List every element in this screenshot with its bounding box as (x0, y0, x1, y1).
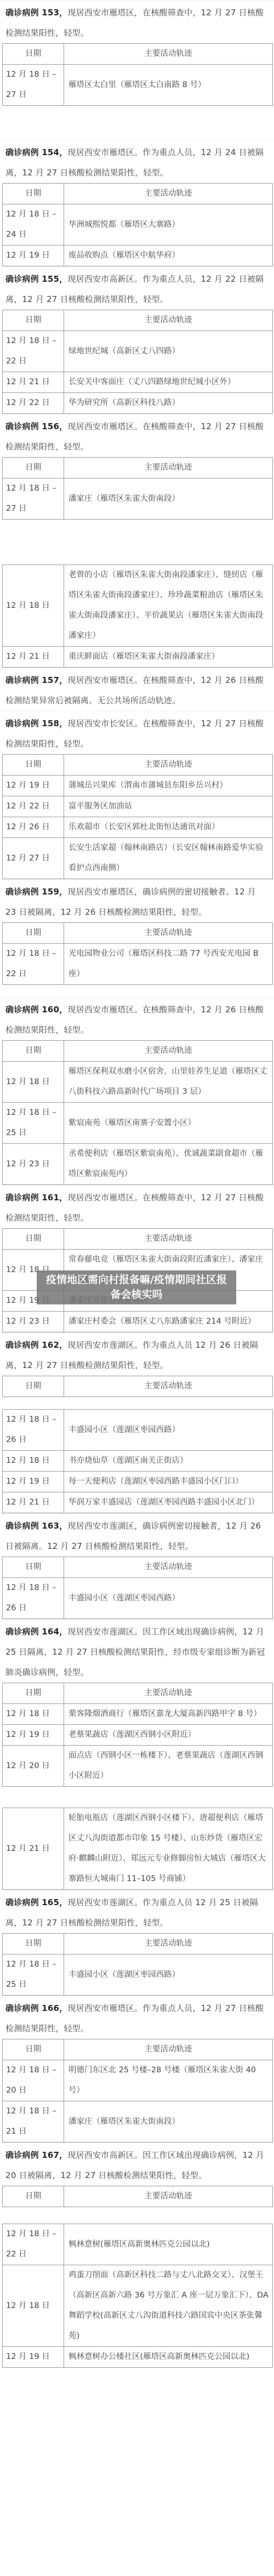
row-date: 12 月 22 日 (3, 796, 64, 817)
row-place: 长安关中客面庄（丈八四路绿地世纪城小区外） (64, 372, 273, 393)
header-place: 主要活动轨迹 (64, 2186, 273, 2207)
table-row: 12 月 18 日 –20 日明德门东区北 25 号楼–28 号楼（雁塔区朱雀大… (3, 2060, 273, 2101)
header-place: 主要活动轨迹 (64, 755, 273, 776)
row-place: 雁塔区保利双水磨小区宿舍、山里娃养生足道（雁塔区丈八街科技六路高新时代广场项目 … (64, 1062, 273, 1103)
image-gap (0, 985, 274, 997)
table-row: 12 月 18 日 –21 日潘家庄（雁塔区朱雀大街南段） (3, 2101, 273, 2142)
row-date: 12 月 21 日 (3, 1808, 64, 1890)
table-row: 12 月 19 日蒲城岳兴果库（渭南市蒲城县东阳乡岳兴村） (3, 776, 273, 796)
table-row: 12 月 18 日 –26 日丰盛园小区（莲湖区枣园西路） (3, 1410, 273, 1451)
table-row: 12 月 20 日面点店（西钢小区一栋楼下）、老蔡果蔬店（莲湖区西钢小区附近） (3, 1746, 273, 1787)
track-table: 日期主要活动轨迹 12 月 18 日 –27 日潘家庄（雁塔区朱雀大街南段） (2, 457, 273, 520)
case-id: 确诊病例 162， (5, 1340, 67, 1350)
track-table: 日期主要活动轨迹 12 月 18 日 –26 日丰盛园小区（莲湖区枣园西路） (2, 1557, 273, 1619)
header-place: 主要活动轨迹 (64, 1557, 273, 1578)
row-date: 12 月 18 日 –26 日 (3, 1578, 64, 1619)
row-place: 面点店（西钢小区一栋楼下）、老蔡果蔬店（莲湖区西钢小区附近） (64, 1746, 273, 1787)
table-row: 12 月 27 日长安生活家超（翰林南路店）（长安区翰林南路爱华实验看护点西南侧… (3, 838, 273, 879)
table-header-row: 日期主要活动轨迹 (3, 1376, 273, 1397)
header-date: 日期 (3, 1376, 64, 1397)
header-date: 日期 (3, 458, 64, 478)
row-date: 12 月 19 日 (3, 1472, 64, 1492)
table-header-row: 日期主要活动轨迹 (3, 184, 273, 204)
track-table: 日期主要活动轨迹 12 月 18 日 –22 日绿地世纪城（高新区丈八四路） 1… (2, 310, 273, 414)
track-table: 日期主要活动轨迹 (2, 1376, 273, 1397)
track-table: 日期主要活动轨迹 12 月 18 日 –20 日明德门东区北 25 号楼–28 … (2, 2039, 273, 2142)
header-place: 主要活动轨迹 (64, 923, 273, 944)
row-date: 12 月 18 日 –22 日 (3, 331, 64, 372)
table-row: 12 月 18 日 –26 日丰盛园小区（莲湖区枣园西路） (3, 1578, 273, 1619)
row-date: 12 月 18 日 –22 日 (3, 2224, 64, 2265)
case-162: 确诊病例 162，现居西安市莲湖区。作为重点人员 12 月 26 日被隔离，12… (0, 1332, 274, 1513)
row-place: 紫宸南苑（雁塔区南寨子安置小区） (64, 1103, 273, 1144)
header-place: 主要活动轨迹 (64, 1229, 273, 1250)
case-161: 确诊病例 161，现居西安市雁塔区。在核酸筛查中，12 月 27 日核酸检测结果… (0, 1185, 274, 1332)
row-date: 12 月 27 日 (3, 838, 64, 879)
table-row: 12 月 19 日每一天便利店（莲湖区枣园西路丰盛园小区门口） (3, 1472, 273, 1492)
table-header-row: 日期主要活动轨迹 (3, 1557, 273, 1578)
row-date: 12 月 19 日 (3, 2347, 64, 2368)
row-date: 12 月 18 日 –24 日 (3, 204, 64, 246)
table-row: 12 月 18 日 –22 日枫林意树(雁塔区高新奥林匹克公园以北) (3, 2224, 273, 2265)
header-date: 日期 (3, 755, 64, 776)
title-overlay-banner: 疫情地区需向村报备嘛/疫情期间社区报备会核实吗 (37, 1270, 236, 1304)
row-place: 书亦烧仙草（莲湖区南关正街店） (64, 1451, 273, 1472)
table-row: 12 月 19 日枫林意树办公楼社区(雁塔区高新奥林匹克公园以北) (3, 2347, 273, 2368)
header-date: 日期 (3, 2186, 64, 2207)
table-row: 12 月 18 日栗客隆烟酒商行（雁塔区嘉龙大厦高新四路甲字 8 号） (3, 1704, 273, 1725)
row-place: 明德门东区北 25 号楼–28 号楼（雁塔区朱雀大街 40 号） (64, 2060, 273, 2101)
case-intro: 确诊病例 167，现居西安市高新区。因工作区域出现确诊病例，12 月 20 日被… (0, 2145, 274, 2186)
table-row: 12 月 21 日重庆鲜面店（雁塔区朱雀大街南段潘家庄） (3, 647, 273, 668)
header-date: 日期 (3, 1229, 64, 1250)
case-160: 确诊病例 160，现居西安市雁塔区。在核酸筛查中，12 月 26 日核酸检测结果… (0, 997, 274, 1185)
table-row: 12 月 18 日 –22 日绿地世纪城（高新区丈八四路） (3, 331, 273, 372)
table-row: 12 月 18 日 –27 日雁塔区太白里（雁塔区太白南路 8 号） (3, 65, 273, 106)
case-165: 确诊病例 165，现居西安市莲湖区。作为重点人员 12 月 25 日被隔离，12… (0, 1890, 274, 1996)
case-166: 确诊病例 166，现居西安市雁塔区。作为重点人员，12 月 27 日核酸检测结果… (0, 1996, 274, 2142)
case-intro: 确诊病例 163，现居西安市莲湖区，确诊病例密切接触者，12 月 26 日被隔离… (0, 1516, 274, 1557)
table-row: 12 月 18 日 –24 日华洲城熙悦都（雁塔区大寨路） (3, 204, 273, 246)
row-place: 轮胎电瓶店（莲湖区西钢小区楼下）、唐超便利店（雁塔区丈八沟街道都市印象 15 号… (64, 1808, 273, 1890)
row-place: 老蔡果蔬店（莲湖区西钢小区附近） (64, 1725, 273, 1746)
row-place: 废品收购点（雁塔区中航华府） (64, 246, 273, 266)
row-date: 12 月 18 日 (3, 565, 64, 647)
case-157: 确诊病例 157，现居西安市雁塔区。在核酸筛查中，12 月 26 日核酸检测结果… (0, 668, 274, 711)
case-id: 确诊病例 156， (5, 421, 67, 431)
case-intro: 确诊病例 164，现居西安市莲湖区。因工作区域出现确诊病例，12 月 25 日隔… (0, 1622, 274, 1683)
case-intro: 确诊病例 154，现居西安市雁塔区。作为重点人员，12 月 24 日被隔离，12… (0, 143, 274, 183)
row-date: 12 月 19 日 (3, 776, 64, 796)
case-id: 确诊病例 157， (5, 675, 67, 685)
row-place: 华洲城熙悦都（雁塔区大寨路） (64, 204, 273, 246)
table-header-row: 日期主要活动轨迹 (3, 458, 273, 478)
row-place: 枫林意树办公楼社区(雁塔区高新奥林匹克公园以北) (64, 2347, 273, 2368)
table-row: 12 月 23 日丞希便利店（雁塔区紫宸南苑）、优诚蔬菜副食超市（雁塔区紫宸南苑… (3, 1144, 273, 1185)
row-place: 华为研究所（高新区科技八路） (64, 393, 273, 414)
case-id: 确诊病例 155， (5, 274, 67, 284)
case-intro: 确诊病例 160，现居西安市雁塔区。在核酸筛查中，12 月 26 日核酸检测结果… (0, 1000, 274, 1040)
row-place: 每一天便利店（莲湖区枣园西路丰盛园小区门口） (64, 1472, 273, 1492)
row-place: 鸡蛋刀削面（高新区科技二路与丈八北路交叉）、汉堡王（高新区高新六路 36 号万象… (64, 2265, 273, 2347)
header-date: 日期 (3, 310, 64, 331)
case-intro: 确诊病例 166，现居西安市雁塔区。作为重点人员，12 月 27 日核酸检测结果… (0, 1998, 274, 2039)
header-date: 日期 (3, 1683, 64, 1704)
case-155: 确诊病例 155，现居西安市高新区。作为重点人员，12 月 22 日被隔离，12… (0, 266, 274, 414)
track-table: 日期主要活动轨迹 12 月 18 日 –25 日丰盛园小区（莲湖区枣园西路） (2, 1933, 273, 1996)
track-table-continued: 12 月 18 日 –26 日丰盛园小区（莲湖区枣园西路） 12 月 18 日书… (2, 1409, 273, 1513)
case-164: 确诊病例 164，现居西安市莲湖区。因工作区域出现确诊病例，12 月 25 日隔… (0, 1619, 274, 1890)
case-156: 确诊病例 156，现居西安市雁塔区。在核酸筛查中，12 月 27 日核酸检测结果… (0, 414, 274, 668)
case-intro: 确诊病例 162，现居西安市莲湖区。作为重点人员 12 月 26 日被隔离，12… (0, 1335, 274, 1376)
header-place: 主要活动轨迹 (64, 1041, 273, 1062)
table-header-row: 日期主要活动轨迹 (3, 310, 273, 331)
row-place: 富平服务区加油站 (64, 796, 273, 817)
track-table: 日期主要活动轨迹 12 月 19 日蒲城岳兴果库（渭南市蒲城县东阳乡岳兴村） 1… (2, 754, 273, 879)
case-intro: 确诊病例 161，现居西安市雁塔区。在核酸筛查中，12 月 27 日核酸检测结果… (0, 1188, 274, 1228)
row-place: 长安生活家超（翰林南路店）（长安区翰林南路爱华实验看护点西南侧） (64, 838, 273, 879)
case-163: 确诊病例 163，现居西安市莲湖区，确诊病例密切接触者，12 月 26 日被隔离… (0, 1513, 274, 1619)
track-table-continued: 12 月 18 日 –22 日枫林意树(雁塔区高新奥林匹克公园以北) 12 月 … (2, 2224, 273, 2368)
table-header-row: 日期主要活动轨迹 (3, 1041, 273, 1062)
row-place: 重庆鲜面店（雁塔区朱雀大街南段潘家庄） (64, 647, 273, 668)
row-date: 12 月 18 日 –20 日 (3, 2060, 64, 2101)
row-date: 12 月 22 日 (3, 393, 64, 414)
row-place: 雁塔区太白里（雁塔区太白南路 8 号） (64, 65, 273, 106)
table-row: 12 月 18 日 –27 日潘家庄（雁塔区朱雀大街南段） (3, 478, 273, 520)
case-id: 确诊病例 164， (5, 1627, 67, 1637)
row-date: 12 月 18 日 –26 日 (3, 1410, 64, 1451)
header-place: 主要活动轨迹 (64, 1934, 273, 1954)
row-place: 枫林意树(雁塔区高新奥林匹克公园以北) (64, 2224, 273, 2265)
case-id: 确诊病例 158， (5, 719, 67, 728)
row-date: 12 月 18 日 (3, 1062, 64, 1103)
row-date: 12 月 21 日 (3, 372, 64, 393)
row-date: 12 月 23 日 (3, 1312, 64, 1332)
case-id: 确诊病例 159， (5, 887, 67, 897)
table-header-row: 日期主要活动轨迹 (3, 44, 273, 65)
table-row: 12 月 18 日老曾的小店（雁塔区朱雀大街南段潘家庄）、缝纫店（雁塔区朱雀大街… (3, 565, 273, 647)
header-date: 日期 (3, 1934, 64, 1954)
case-id: 确诊病例 153， (5, 8, 67, 18)
case-id: 确诊病例 166， (5, 2003, 67, 2013)
row-date: 12 月 18 日 (3, 1704, 64, 1725)
row-place: 老曾的小店（雁塔区朱雀大街南段潘家庄）、缝纫店（雁塔区朱雀大街南段潘家庄）、珍珍… (64, 565, 273, 647)
table-header-row: 日期主要活动轨迹 (3, 2039, 273, 2060)
header-place: 主要活动轨迹 (64, 310, 273, 331)
image-gap (0, 2207, 274, 2224)
row-place: 光电园物业公司（雁塔区科技二路 77 号西安光电园 B 座） (64, 944, 273, 985)
row-date: 12 月 19 日 (3, 1725, 64, 1746)
header-place: 主要活动轨迹 (64, 1683, 273, 1704)
row-place: 乐欢超市（长安区郭杜北街恒达通讯对面） (64, 817, 273, 838)
table-row: 12 月 21 日长安关中客面庄（丈八四路绿地世纪城小区外） (3, 372, 273, 393)
case-intro: 确诊病例 153，现居西安市雁塔区，在核酸筛查中，12 月 27 日核酸检测结果… (0, 3, 274, 43)
table-row: 12 月 21 日华润万家丰盛园店（莲湖区枣园西路丰盛园小区北门） (3, 1492, 273, 1513)
row-date: 12 月 18 日 (3, 2265, 64, 2347)
case-intro: 确诊病例 155，现居西安市高新区。作为重点人员，12 月 22 日被隔离，12… (0, 269, 274, 310)
row-date: 12 月 18 日 –22 日 (3, 944, 64, 985)
row-date: 12 月 18 日 –25 日 (3, 1103, 64, 1144)
row-place: 丰盛园小区（莲湖区枣园西路） (64, 1578, 273, 1619)
row-date: 12 月 18 日 –27 日 (3, 478, 64, 520)
row-date: 12 月 20 日 (3, 1746, 64, 1787)
row-place: 丰盛园小区（莲湖区枣园西路） (64, 1410, 273, 1451)
case-intro: 确诊病例 157，现居西安市雁塔区。在核酸筛查中，12 月 26 日核酸检测结果… (0, 670, 274, 711)
table-header-row: 日期主要活动轨迹 (3, 1683, 273, 1704)
table-row: 12 月 18 日 –25 日丰盛园小区（莲湖区枣园西路） (3, 1954, 273, 1996)
row-place: 蒲城岳兴果库（渭南市蒲城县东阳乡岳兴村） (64, 776, 273, 796)
row-date: 12 月 23 日 (3, 1144, 64, 1185)
table-row: 12 月 18 日鸡蛋刀削面（高新区科技二路与丈八北路交叉）、汉堡王（高新区高新… (3, 2265, 273, 2347)
case-intro: 确诊病例 158，现居西安市长安区。在核酸筛查中，12 月 27 日核酸检测结果… (0, 714, 274, 754)
image-gap (0, 1397, 274, 1409)
table-row: 12 月 23 日潘家庄村委会（雁塔区丈八东路潘家庄 214 号附近） (3, 1312, 273, 1332)
track-table: 日期主要活动轨迹 12 月 18 日栗客隆烟酒商行（雁塔区嘉龙大厦高新四路甲字 … (2, 1683, 273, 1787)
row-date: 12 月 18 日 –25 日 (3, 1954, 64, 1996)
track-table-continued: 12 月 18 日老曾的小店（雁塔区朱雀大街南段潘家庄）、缝纫店（雁塔区朱雀大街… (2, 565, 273, 668)
row-date: 12 月 21 日 (3, 1492, 64, 1513)
row-date: 12 月 21 日 (3, 647, 64, 668)
header-place: 主要活动轨迹 (64, 2039, 273, 2060)
table-row: 12 月 22 日华为研究所（高新区科技八路） (3, 393, 273, 414)
header-place: 主要活动轨迹 (64, 184, 273, 204)
row-date: 12 月 18 日 (3, 1451, 64, 1472)
table-row: 12 月 26 日乐欢超市（长安区郭杜北街恒达通讯对面） (3, 817, 273, 838)
header-date: 日期 (3, 184, 64, 204)
case-intro: 确诊病例 159，现居西安市雁塔区，确诊病例的密切接触者。12 月 23 日被隔… (0, 882, 274, 922)
track-table-continued: 12 月 21 日轮胎电瓶店（莲湖区西钢小区楼下）、唐超便利店（雁塔区丈八沟街道… (2, 1808, 273, 1890)
case-intro: 确诊病例 156，现居西安市雁塔区。在核酸筛查中，12 月 27 日核酸检测结果… (0, 417, 274, 457)
table-row: 12 月 18 日书亦烧仙草（莲湖区南关正街店） (3, 1451, 273, 1472)
header-date: 日期 (3, 923, 64, 944)
header-place: 主要活动轨迹 (64, 458, 273, 478)
announcement-page: 确诊病例 153，现居西安市雁塔区，在核酸筛查中，12 月 27 日核酸检测结果… (0, 0, 274, 2368)
case-id: 确诊病例 160， (5, 1005, 67, 1015)
row-date: 12 月 18 日 –27 日 (3, 65, 64, 106)
table-row: 12 月 19 日废品收购点（雁塔区中航华府） (3, 246, 273, 266)
table-row: 12 月 18 日 –22 日光电园物业公司（雁塔区科技二路 77 号西安光电园… (3, 944, 273, 985)
image-gap (0, 106, 274, 140)
header-place: 主要活动轨迹 (64, 1376, 273, 1397)
case-id: 确诊病例 163， (5, 1521, 67, 1531)
image-gap (0, 520, 274, 565)
table-header-row: 日期主要活动轨迹 (3, 923, 273, 944)
case-153: 确诊病例 153，现居西安市雁塔区，在核酸筛查中，12 月 27 日核酸检测结果… (0, 0, 274, 106)
table-row: 12 月 21 日轮胎电瓶店（莲湖区西钢小区楼下）、唐超便利店（雁塔区丈八沟街道… (3, 1808, 273, 1890)
row-place: 华润万家丰盛园店（莲湖区枣园西路丰盛园小区北门） (64, 1492, 273, 1513)
case-159: 确诊病例 159，现居西安市雁塔区，确诊病例的密切接触者。12 月 23 日被隔… (0, 879, 274, 985)
table-header-row: 日期主要活动轨迹 (3, 2186, 273, 2207)
row-place: 潘家庄村委会（雁塔区丈八东路潘家庄 214 号附近） (64, 1312, 273, 1332)
row-place: 绿地世纪城（高新区丈八四路） (64, 331, 273, 372)
table-header-row: 日期主要活动轨迹 (3, 1934, 273, 1954)
table-header-row: 日期主要活动轨迹 (3, 1229, 273, 1250)
row-place: 丰盛园小区（莲湖区枣园西路） (64, 1954, 273, 1996)
header-date: 日期 (3, 1041, 64, 1062)
case-id: 确诊病例 161， (5, 1193, 67, 1202)
case-167: 确诊病例 167，现居西安市高新区。因工作区域出现确诊病例，12 月 20 日被… (0, 2142, 274, 2368)
row-date: 12 月 19 日 (3, 246, 64, 266)
track-table: 日期主要活动轨迹 12 月 18 日 –22 日光电园物业公司（雁塔区科技二路 … (2, 922, 273, 985)
row-date: 12 月 18 日 –21 日 (3, 2101, 64, 2142)
row-place: 潘家庄（雁塔区朱雀大街南段） (64, 2101, 273, 2142)
header-place: 主要活动轨迹 (64, 44, 273, 65)
table-row: 12 月 18 日 –25 日紫宸南苑（雁塔区南寨子安置小区） (3, 1103, 273, 1144)
track-table: 日期主要活动轨迹 12 月 18 日 –24 日华洲城熙悦都（雁塔区大寨路） 1… (2, 183, 273, 266)
case-id: 确诊病例 165， (5, 1897, 67, 1907)
table-header-row: 日期主要活动轨迹 (3, 755, 273, 776)
track-table: 日期主要活动轨迹 12 月 18 日 –27 日雁塔区太白里（雁塔区太白南路 8… (2, 43, 273, 106)
table-row: 12 月 19 日老蔡果蔬店（莲湖区西钢小区附近） (3, 1725, 273, 1746)
header-date: 日期 (3, 2039, 64, 2060)
case-154: 确诊病例 154，现居西安市雁塔区。作为重点人员，12 月 24 日被隔离，12… (0, 140, 274, 266)
table-row: 12 月 18 日雁塔区保利双水磨小区宿舍、山里娃养生足道（雁塔区丈八街科技六路… (3, 1062, 273, 1103)
track-table: 日期主要活动轨迹 (2, 2186, 273, 2207)
row-date: 12 月 26 日 (3, 817, 64, 838)
row-place: 丞希便利店（雁塔区紫宸南苑）、优诚蔬菜副食超市（雁塔区紫宸南苑内） (64, 1144, 273, 1185)
row-place: 潘家庄（雁塔区朱雀大街南段） (64, 478, 273, 520)
case-intro: 确诊病例 165，现居西安市莲湖区。作为重点人员 12 月 25 日被隔离，12… (0, 1893, 274, 1933)
header-date: 日期 (3, 44, 64, 65)
case-id: 确诊病例 167， (5, 2150, 67, 2160)
case-158: 确诊病例 158，现居西安市长安区。在核酸筛查中，12 月 27 日核酸检测结果… (0, 711, 274, 879)
track-table: 日期主要活动轨迹 12 月 18 日雁塔区保利双水磨小区宿舍、山里娃养生足道（雁… (2, 1040, 273, 1185)
table-row: 12 月 22 日富平服务区加油站 (3, 796, 273, 817)
row-place: 栗客隆烟酒商行（雁塔区嘉龙大厦高新四路甲字 8 号） (64, 1704, 273, 1725)
case-id: 确诊病例 154， (5, 147, 67, 157)
header-date: 日期 (3, 1557, 64, 1578)
image-gap (0, 1787, 274, 1808)
